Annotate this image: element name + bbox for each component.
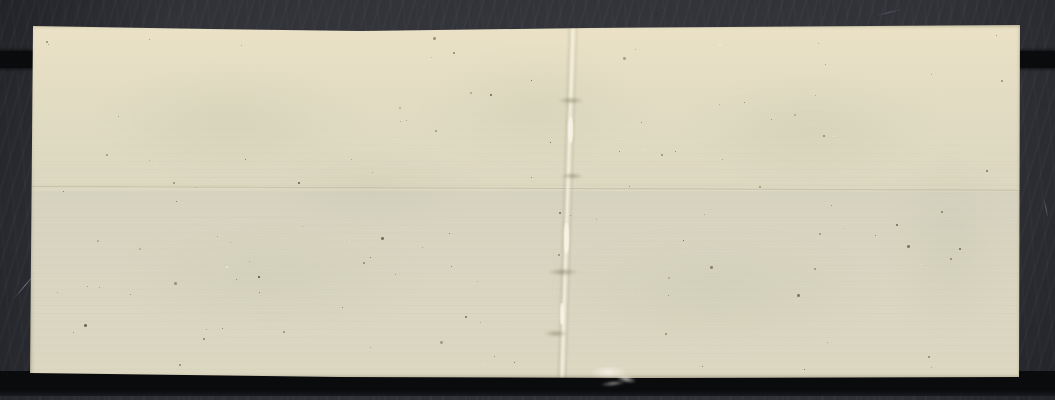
speck-dot xyxy=(84,324,87,327)
photo-stage xyxy=(0,0,1055,400)
speck-dot xyxy=(453,52,455,54)
speck-dot xyxy=(825,64,826,65)
speck-dot xyxy=(827,342,828,343)
speck-dot xyxy=(214,179,215,180)
speck-dot xyxy=(831,205,832,206)
speck-dot xyxy=(48,44,49,45)
speck-dot xyxy=(938,93,939,94)
speck-dot xyxy=(896,224,898,226)
speck-dot xyxy=(931,74,932,75)
speck-dot xyxy=(422,6,423,7)
paper-specks xyxy=(30,25,1021,378)
speck-dot xyxy=(372,172,373,173)
speck-dot xyxy=(87,286,88,287)
speck-dot xyxy=(349,241,350,242)
speck-dot xyxy=(815,95,816,96)
speck-dot xyxy=(433,37,436,40)
speck-dot xyxy=(258,276,260,278)
speck-dot xyxy=(179,364,181,366)
speck-dot xyxy=(797,294,800,297)
speck-dot xyxy=(226,266,228,268)
speck-dot xyxy=(241,45,242,46)
speck-dot xyxy=(986,170,988,172)
speck-dot xyxy=(490,94,492,96)
speck-dot xyxy=(931,367,932,368)
speck-dot xyxy=(654,166,655,167)
speck-dot xyxy=(203,338,205,340)
speck-dot xyxy=(249,261,250,262)
speck-dot xyxy=(222,328,223,329)
speck-dot xyxy=(431,57,432,58)
speck-dot xyxy=(1001,80,1003,82)
speck-dot xyxy=(73,332,74,333)
speck-dot xyxy=(531,80,532,81)
speck-dot xyxy=(907,245,910,248)
speck-dot xyxy=(921,264,922,265)
speck-dot xyxy=(819,233,821,235)
speck-dot xyxy=(440,341,443,344)
speck-dot xyxy=(661,154,663,156)
speck-dot xyxy=(823,135,825,137)
speck-dot xyxy=(451,266,452,267)
speck-dot xyxy=(106,154,108,156)
speck-dot xyxy=(435,130,437,132)
speck-dot xyxy=(959,248,961,250)
speck-dot xyxy=(399,107,401,109)
speck-dot xyxy=(196,187,197,188)
speck-dot xyxy=(656,13,657,14)
speck-dot xyxy=(759,186,761,188)
speck-dot xyxy=(833,136,834,137)
speck-dot xyxy=(719,104,720,105)
speck-dot xyxy=(254,330,255,331)
speck-dot xyxy=(173,182,175,184)
speck-dot xyxy=(794,114,796,116)
speck-dot xyxy=(156,166,157,167)
speck-dot xyxy=(395,274,396,275)
speck-dot xyxy=(683,240,684,241)
speck-dot xyxy=(206,329,207,330)
speck-dot xyxy=(46,41,48,43)
speck-dot xyxy=(550,142,551,143)
speck-dot xyxy=(668,295,669,296)
speck-dot xyxy=(422,247,423,248)
speck-dot xyxy=(149,39,150,40)
speck-dot xyxy=(259,292,260,293)
speck-dot xyxy=(370,257,371,258)
speck-dot xyxy=(804,369,805,370)
speck-dot xyxy=(470,92,472,94)
speck-dot xyxy=(370,347,371,348)
speck-dot xyxy=(130,294,131,295)
speck-dot xyxy=(623,57,626,60)
speck-dot xyxy=(629,186,630,187)
speck-dot xyxy=(494,356,495,357)
speck-dot xyxy=(406,120,407,121)
speck-dot xyxy=(149,160,150,161)
speck-dot xyxy=(381,237,384,240)
speck-dot xyxy=(174,282,177,285)
speck-dot xyxy=(558,254,560,256)
speck-dot xyxy=(363,262,365,264)
speck-dot xyxy=(480,322,481,323)
speck-dot xyxy=(236,279,237,280)
speck-dot xyxy=(63,191,64,192)
speck-dot xyxy=(559,212,561,214)
speck-dot xyxy=(570,215,571,216)
speck-dot xyxy=(928,356,930,358)
speck-dot xyxy=(619,151,620,152)
speck-dot xyxy=(744,102,745,103)
speck-dot xyxy=(814,268,816,270)
speck-dot xyxy=(298,182,300,184)
speck-dot xyxy=(176,201,177,202)
speck-dot xyxy=(704,214,705,215)
speck-dot xyxy=(675,151,676,152)
speck-dot xyxy=(97,240,99,242)
speck-dot xyxy=(483,365,484,366)
speck-dot xyxy=(941,211,943,213)
speck-dot xyxy=(283,331,285,333)
speck-dot xyxy=(465,316,467,318)
speck-dot xyxy=(702,366,703,367)
speck-dot xyxy=(844,228,845,229)
speck-dot xyxy=(139,248,141,250)
speck-dot xyxy=(771,119,772,120)
speck-dot xyxy=(118,116,119,117)
speck-dot xyxy=(230,242,231,243)
speck-dot xyxy=(302,226,303,227)
speck-dot xyxy=(722,159,723,160)
speck-dot xyxy=(531,177,532,178)
speck-dot xyxy=(818,43,819,44)
speck-dot xyxy=(217,236,218,237)
speck-dot xyxy=(342,307,343,308)
speck-dot xyxy=(596,219,597,220)
stamp-paper-reverse xyxy=(30,25,1021,378)
speck-dot xyxy=(996,35,997,36)
speck-dot xyxy=(449,233,450,234)
speck-dot xyxy=(644,149,645,150)
speck-dot xyxy=(719,44,721,46)
speck-dot xyxy=(99,287,100,288)
speck-dot xyxy=(57,292,58,293)
speck-dot xyxy=(351,159,352,160)
speck-dot xyxy=(875,235,876,236)
speck-dot xyxy=(665,333,667,335)
speck-dot xyxy=(950,258,952,260)
speck-dot xyxy=(514,362,515,363)
speck-dot xyxy=(635,49,636,50)
speck-dot xyxy=(477,281,478,282)
speck-dot xyxy=(668,277,670,279)
speck-dot xyxy=(710,266,713,269)
speck-dot xyxy=(400,121,401,122)
speck-dot xyxy=(641,122,642,123)
speck-dot xyxy=(245,159,246,160)
